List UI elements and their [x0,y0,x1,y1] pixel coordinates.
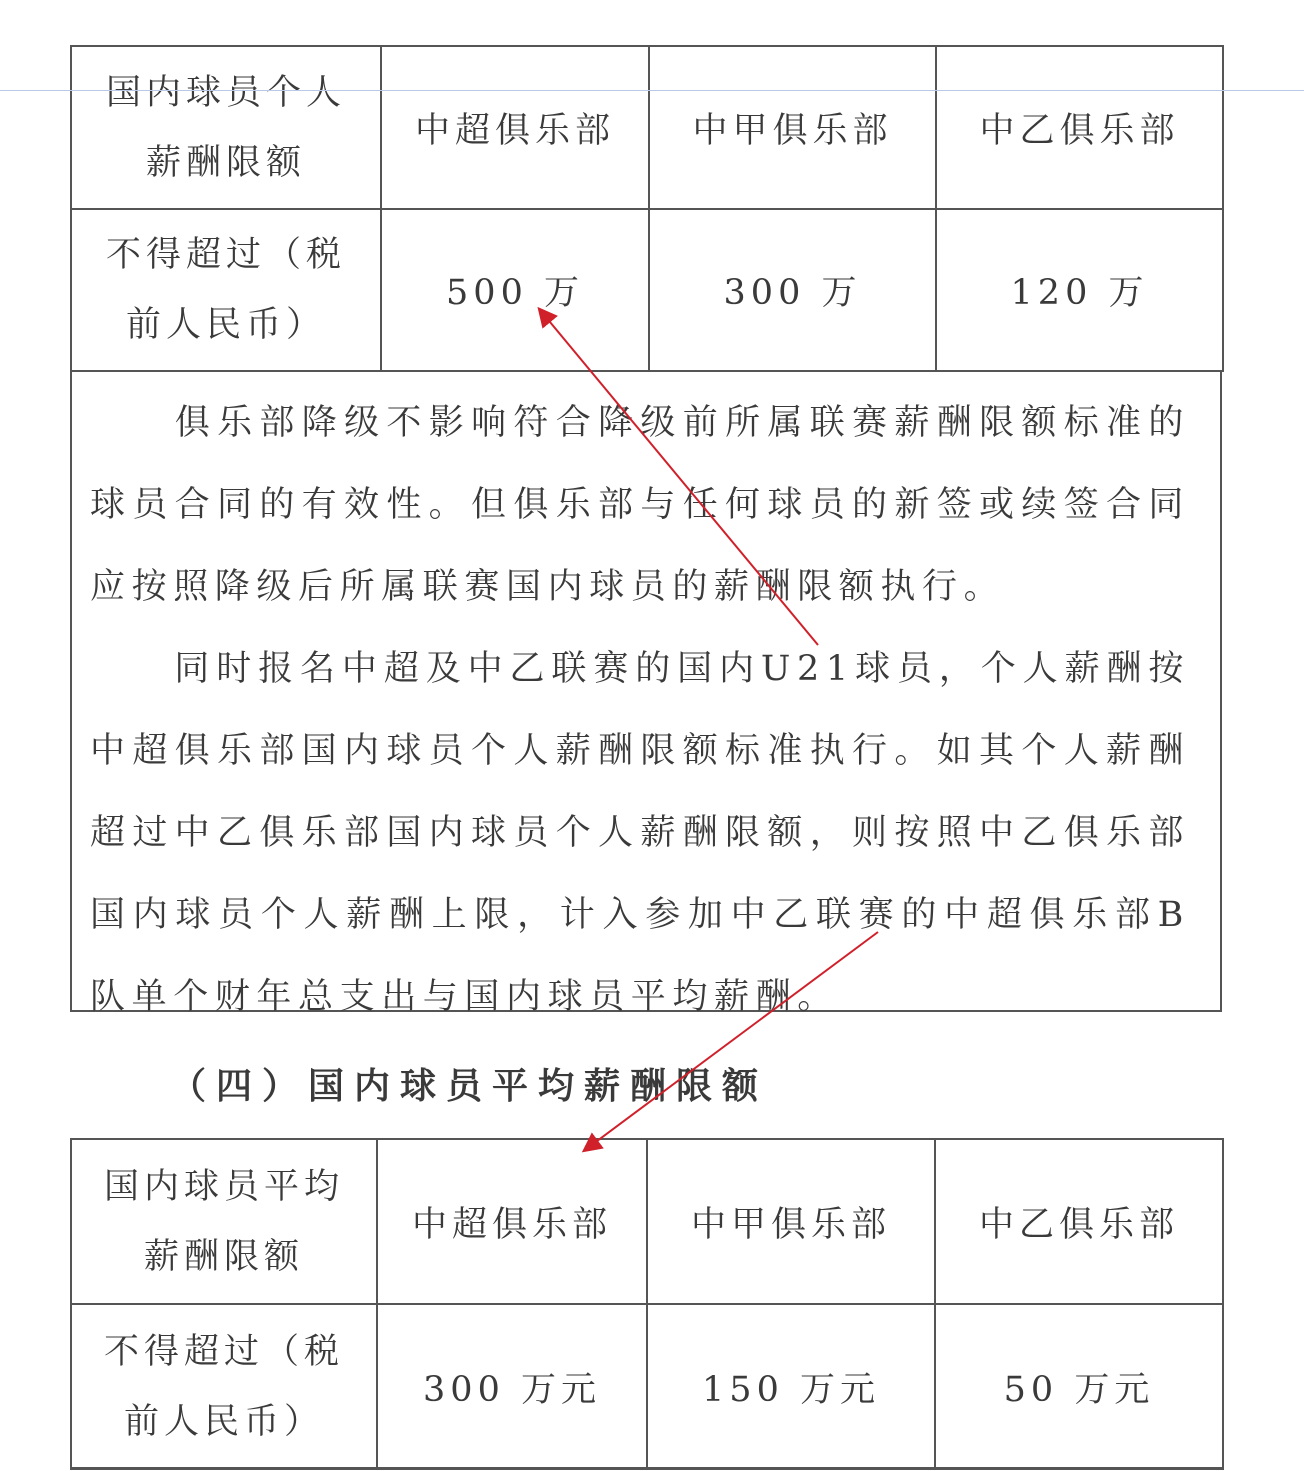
arrow-to-average-cap-icon [585,932,878,1150]
annotation-arrows [0,0,1304,1471]
arrow-to-individual-cap-icon [540,310,818,645]
